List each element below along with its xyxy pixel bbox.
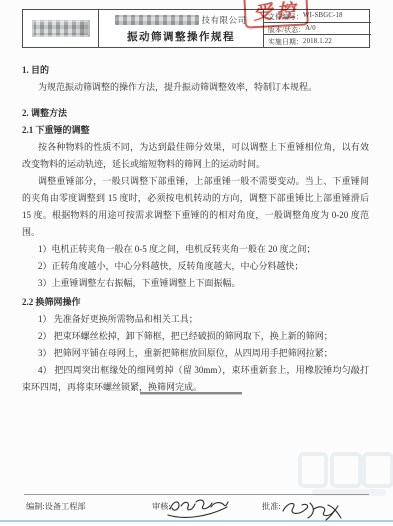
company-name-suffix: 技有限公司 [201, 14, 246, 26]
prepared-by: 编制:设备工程部 [26, 501, 86, 512]
effective-date-value: 2018.1.22 [303, 38, 332, 45]
section-2-2-heading: 2.2 换筛网操作 [22, 294, 369, 311]
controlled-copy-stamp: 受控 [243, 0, 309, 29]
reviewer-signature [166, 494, 230, 520]
section-2-1-paragraph-2: 调整重锤部分，一般只调整下部重锤，上部重锤一般不需要变动。当上、下重锤间的夹角由… [22, 173, 369, 241]
header-logo-cell [23, 10, 99, 47]
approve-label: 批准: [262, 501, 281, 512]
section-2-1-paragraph-1: 按各种物料的性质不同，为达到最佳筛分效果，可以调整上下重锤相位角，以有效改变物料… [22, 139, 369, 173]
document-body: 1. 目的 为规范振动筛调整的操作方法，提升振动筛调整效率，特制订本规程。 2.… [22, 62, 369, 396]
section-2-2-item-4: 4） 把四周突出框缘处的细网剪掉（留 30mm），束环重新套上，用橡胶锤均匀敲打… [22, 362, 369, 396]
company-logo-redacted [32, 20, 90, 37]
section-2-2-item-1: 1） 先准备好更换所需物品和相关工具； [22, 311, 369, 328]
version-value: A/0 [305, 25, 316, 32]
approver-signature [280, 497, 344, 523]
section-2-heading: 2. 调整方法 [22, 105, 369, 122]
doc-number-value: WI-SBGC-18 [303, 12, 343, 19]
company-name-redacted [115, 15, 199, 25]
section-2-1-item-1: 1）电机正转夹角一般在 0-5 度之间，电机反转夹角一般在 20 度之间； [22, 241, 369, 258]
section-1-heading: 1. 目的 [22, 62, 369, 79]
section-1-paragraph: 为规范振动筛调整的操作方法，提升振动筛调整效率，特制订本规程。 [22, 79, 369, 96]
watermark-glyph [362, 452, 393, 488]
section-2-1-item-3: 3）上重锤调整左右振幅，下重锤调整上下面振幅。 [22, 275, 369, 292]
section-2-1-heading: 2.1 下重锤的调整 [22, 122, 369, 139]
meta-row-effective-date: 实施日期：2018.1.22 [264, 35, 371, 47]
document-page: 技有限公司 振动筛调整操作规程 文件编号：WI-SBGC-18 版本/状态：A/… [0, 0, 393, 526]
watermark-glyph [330, 452, 362, 488]
header-table: 技有限公司 振动筛调整操作规程 文件编号：WI-SBGC-18 版本/状态：A/… [22, 9, 370, 48]
header-title-cell: 技有限公司 振动筛调整操作规程 [99, 10, 264, 47]
end-of-document-divider [140, 392, 242, 395]
section-2-1-item-2: 2）正转角度越小，中心分料越快，反转角度越大，中心分料越快； [22, 258, 369, 275]
effective-date-label: 实施日期： [268, 36, 303, 46]
watermark-glyph [298, 452, 328, 488]
section-2-2-item-2: 2） 把束环螺丝松掉，卸下筛框，把已经破损的筛网取下，换上新的筛网； [22, 328, 369, 345]
company-name-line: 技有限公司 [115, 14, 246, 27]
document-title: 振动筛调整操作规程 [127, 29, 235, 44]
section-2-2-item-3: 3） 把筛网平铺在母网上，重新把筛框放回原位，从四周用手把筛网拉紧； [22, 345, 369, 362]
